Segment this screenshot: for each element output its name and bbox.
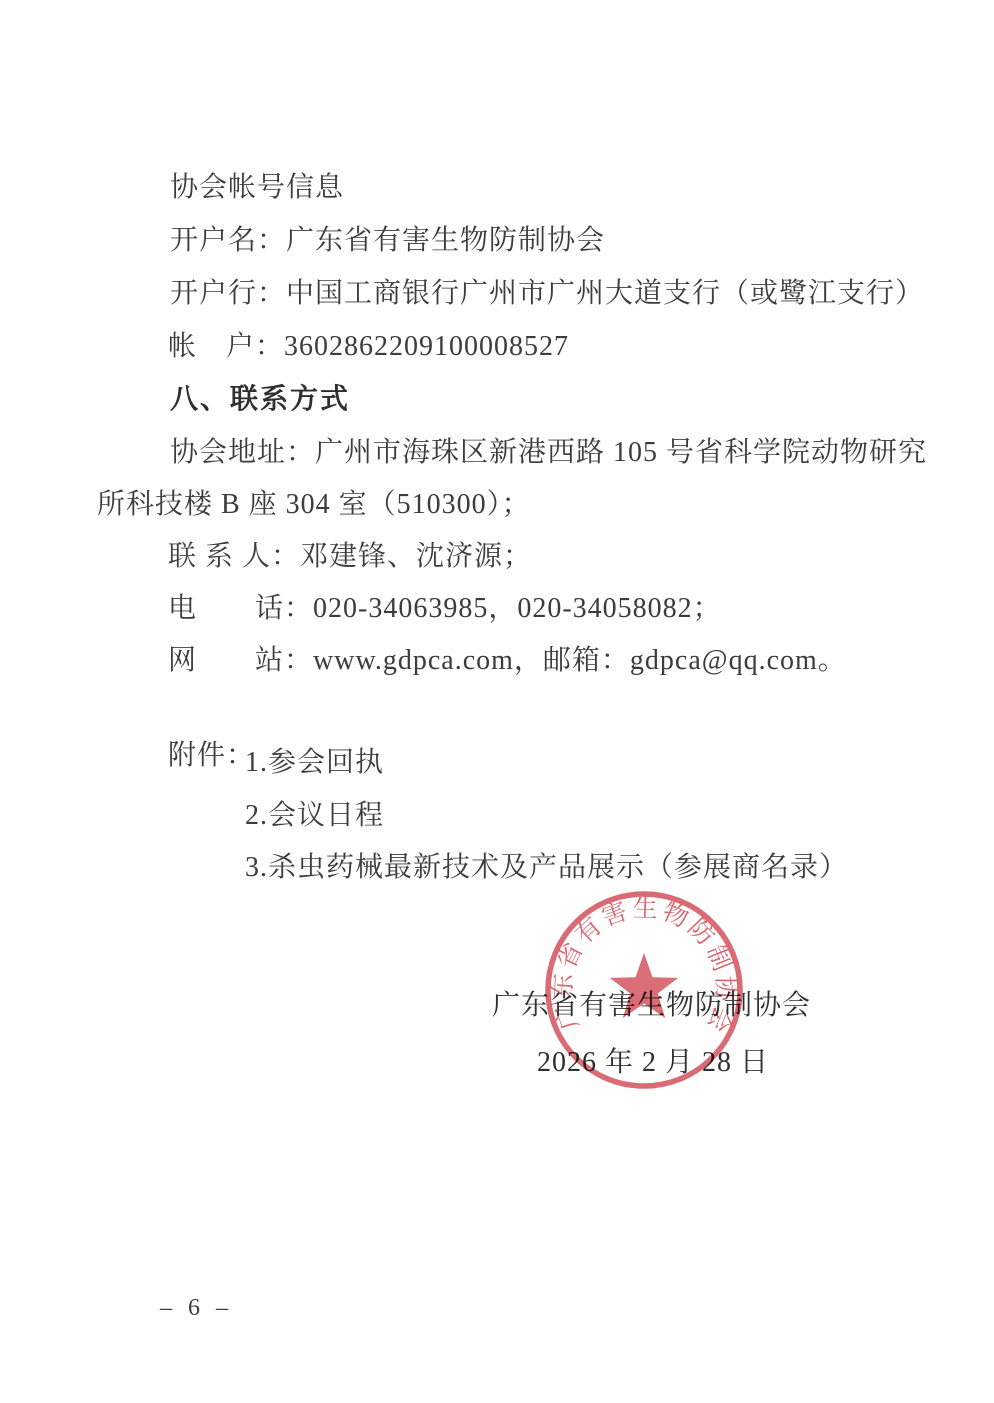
bank-value: 中国工商银行广州市广州大道支行（或鹭江支行）: [286, 278, 924, 309]
address-line-1: 协会地址：广州市海珠区新港西路 105 号省科学院动物研究: [170, 437, 927, 469]
address-label: 协会地址：: [170, 437, 315, 468]
attachment-item-1: 1.参会回执: [245, 740, 384, 780]
contact-person-line: 联 系 人：邓建锋、沈济源；: [168, 541, 532, 573]
account-name-line: 开户名：广东省有害生物防制协会: [170, 225, 605, 257]
website-value: www.gdpca.com，邮箱：gdpca@qq.com。: [313, 645, 847, 676]
account-info-heading: 协会帐号信息: [170, 172, 344, 204]
attachments-label: 附件：: [168, 740, 255, 772]
phone-line: 电 话：020-34063985，020-34058082；: [168, 593, 722, 625]
document-page: 协会帐号信息 开户名：广东省有害生物防制协会 开户行：中国工商银行广州市广州大道…: [0, 0, 994, 1403]
bank-label: 开户行：: [170, 278, 286, 309]
website-line: 网 站：www.gdpca.com，邮箱：gdpca@qq.com。: [168, 645, 847, 677]
website-label: 网 站：: [168, 645, 313, 676]
account-name-label: 开户名：: [170, 225, 286, 256]
official-seal: 广东省有害生物防制协会: [541, 883, 753, 1099]
contact-person-value: 邓建锋、沈济源；: [300, 541, 532, 572]
contact-person-label: 联 系 人：: [168, 541, 300, 572]
page-number: – 6 –: [160, 1295, 233, 1322]
account-name-value: 广东省有害生物防制协会: [286, 225, 605, 256]
account-number-label: 帐 户：: [168, 331, 284, 362]
contact-section-heading: 八、联系方式: [170, 383, 350, 415]
attachment-item-3: 3.杀虫药械最新技术及产品展示（参展商名录）: [245, 845, 848, 885]
phone-value: 020-34063985，020-34058082；: [313, 593, 722, 624]
attachment-item-2: 2.会议日程: [245, 793, 384, 833]
address-value-part1: 广州市海珠区新港西路 105 号省科学院动物研究: [315, 437, 927, 468]
bank-line: 开户行：中国工商银行广州市广州大道支行（或鹭江支行）: [170, 278, 924, 310]
address-line-2: 所科技楼 B 座 304 室（510300）；: [97, 489, 531, 521]
phone-label: 电 话：: [168, 593, 313, 624]
account-number-line: 帐 户：3602862209100008527: [168, 331, 569, 363]
seal-star-icon: [610, 953, 678, 1018]
account-number-value: 3602862209100008527: [284, 331, 569, 362]
